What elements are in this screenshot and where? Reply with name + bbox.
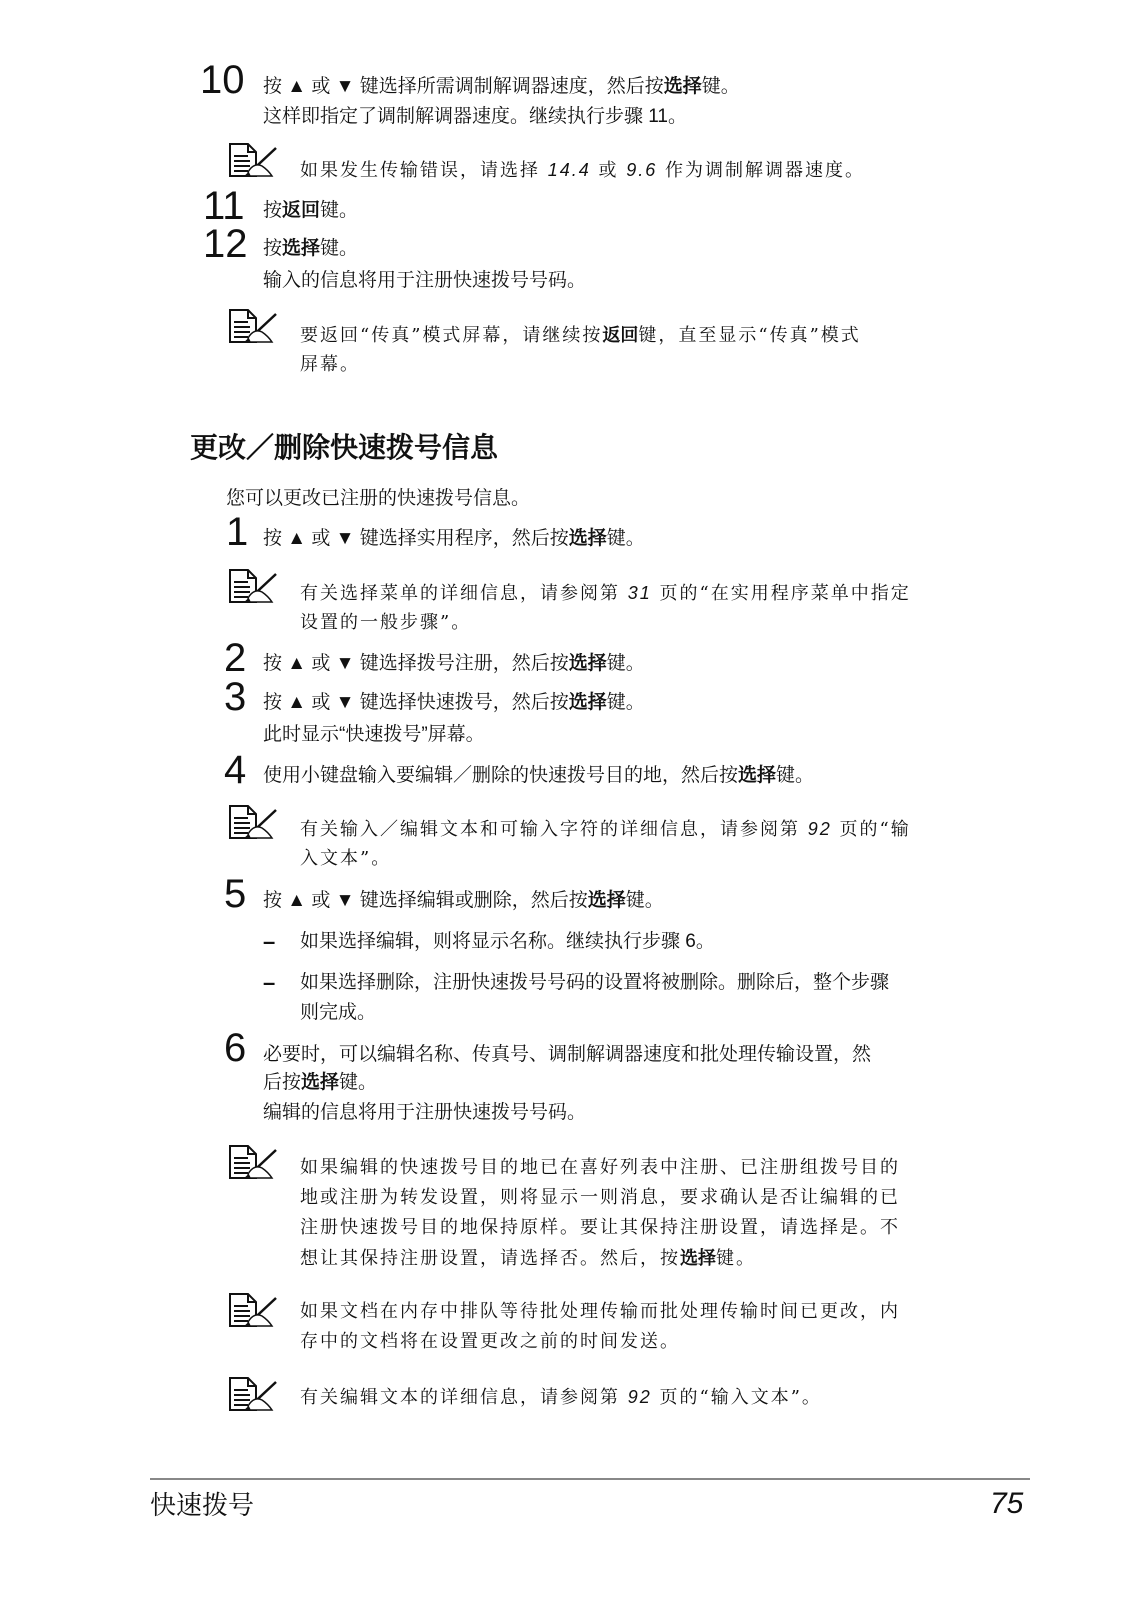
note-text: 想让其保持注册设置，请选择否。然后，按选择键。: [300, 1243, 756, 1274]
step-text: 按 ▲ 或 ▼ 键选择所需调制解调器速度，然后按选择键。: [263, 74, 740, 100]
intro-text: 您可以更改已注册的快速拨号信息。: [226, 486, 530, 512]
note-icon: [228, 1292, 280, 1330]
note-text: 入文本”。: [300, 844, 391, 874]
step-number: 3: [224, 677, 246, 717]
note-text: 如果编辑的快速拨号目的地已在喜好列表中注册、已注册组拨号目的: [300, 1153, 900, 1183]
note-text: 如果文档在内存中排队等待批处理传输而批处理传输时间已更改，内: [300, 1297, 900, 1327]
note-text: 存中的文档将在设置更改之前的时间发送。: [300, 1327, 680, 1357]
note-text: 有关编辑文本的详细信息，请参阅第 92 页的“输入文本”。: [300, 1382, 822, 1413]
step-number: 6: [224, 1028, 246, 1068]
note-icon: [228, 804, 280, 842]
note-icon: [228, 568, 280, 606]
footer-divider: [150, 1478, 1030, 1480]
step-text: 按选择键。: [263, 236, 358, 262]
step-number: 5: [224, 874, 246, 914]
step-text: 按 ▲ 或 ▼ 键选择实用程序，然后按选择键。: [263, 526, 645, 552]
footer-chapter-title: 快速拨号: [150, 1488, 254, 1524]
step-text: 使用小键盘输入要编辑／删除的快速拨号目的地，然后按选择键。: [263, 763, 814, 789]
step-number: 11: [203, 186, 245, 226]
bullet-text: 如果选择删除，注册快速拨号号码的设置将被删除。删除后，整个步骤: [300, 970, 889, 996]
step-text: 后按选择键。: [263, 1070, 377, 1096]
step-number: 12: [203, 224, 248, 264]
note-text: 注册快速拨号目的地保持原样。要让其保持注册设置，请选择是。不: [300, 1213, 900, 1243]
note-text: 屏幕。: [300, 350, 360, 380]
note-icon: [228, 1376, 280, 1414]
note-icon: [228, 142, 280, 180]
section-title: 更改／删除快速拨号信息: [190, 430, 498, 466]
step-text: 按 ▲ 或 ▼ 键选择拨号注册，然后按选择键。: [263, 651, 645, 677]
note-icon: [228, 1144, 280, 1182]
step-text: 按返回键。: [263, 198, 358, 224]
note-text: 要返回“传真”模式屏幕，请继续按返回键，直至显示“传真”模式: [300, 320, 861, 351]
page-number: 75: [990, 1486, 1023, 1522]
bullet-text: 如果选择编辑，则将显示名称。继续执行步骤 6。: [300, 929, 715, 955]
step-number: 1: [226, 512, 248, 552]
bullet-text: 则完成。: [300, 1000, 376, 1026]
step-text: 此时显示“快速拨号”屏幕。: [263, 722, 485, 748]
step-text: 编辑的信息将用于注册快速拨号号码。: [263, 1100, 586, 1126]
bullet-dash: –: [263, 970, 275, 996]
note-text: 如果发生传输错误，请选择 14.4 或 9.6 作为调制解调器速度。: [300, 155, 865, 186]
step-text: 这样即指定了调制解调器速度。继续执行步骤 11。: [263, 104, 687, 130]
step-number: 10: [200, 60, 245, 100]
note-text: 设置的一般步骤”。: [300, 608, 471, 638]
note-text: 有关选择菜单的详细信息，请参阅第 31 页的“在实用程序菜单中指定: [300, 578, 911, 609]
step-text: 按 ▲ 或 ▼ 键选择快速拨号，然后按选择键。: [263, 690, 645, 716]
step-number: 4: [224, 750, 246, 790]
step-text: 必要时，可以编辑名称、传真号、调制解调器速度和批处理传输设置，然: [263, 1042, 871, 1068]
note-icon: [228, 308, 280, 346]
step-text: 输入的信息将用于注册快速拨号号码。: [263, 268, 586, 294]
note-text: 地或注册为转发设置，则将显示一则消息，要求确认是否让编辑的已: [300, 1183, 900, 1213]
step-number: 2: [224, 638, 246, 678]
step-text: 按 ▲ 或 ▼ 键选择编辑或删除，然后按选择键。: [263, 888, 664, 914]
bullet-dash: –: [263, 929, 275, 955]
note-text: 有关输入／编辑文本和可输入字符的详细信息，请参阅第 92 页的“输: [300, 814, 911, 845]
